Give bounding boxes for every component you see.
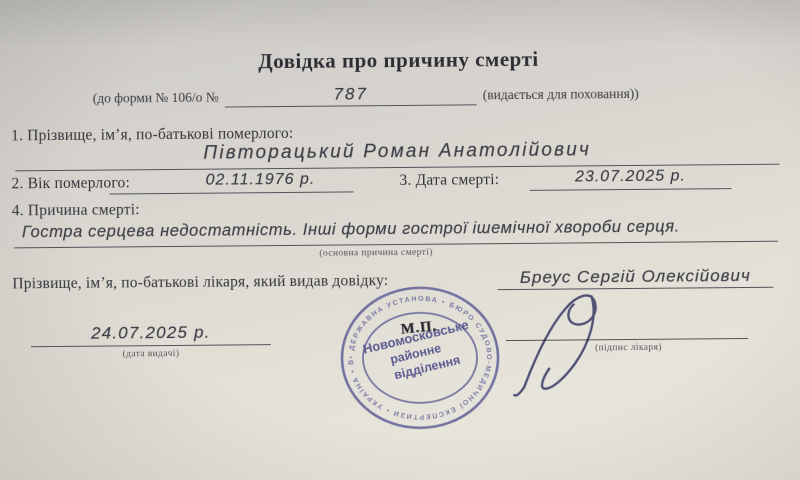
age-field: 02.11.1976 р. (109, 170, 353, 194)
signature-stroke-upper (523, 295, 596, 387)
death-date-label: 3. Дата смерті: (399, 171, 499, 190)
cause-caption: (основна причина смерті) (176, 246, 576, 259)
cause-of-death-field: Гостра серцева недостатність. Інші форми… (14, 217, 778, 249)
issue-date-caption: (дата видачі) (31, 348, 271, 360)
stamp-place-mark: М.П. (400, 318, 438, 338)
document-photo: Довідка про причину смерті (до форми № 1… (0, 0, 800, 480)
form-number-value: 787 (333, 84, 368, 103)
form-prefix-label: (до форми № 106/о № (93, 90, 219, 107)
certificate-sheet: Довідка про причину смерті (до форми № 1… (0, 0, 800, 480)
death-date-value: 23.07.2025 р. (575, 168, 686, 186)
deceased-name-value: Півторацький Роман Анатолійович (203, 139, 591, 163)
issue-date-field: 24.07.2025 р. (31, 322, 271, 347)
age-value: 02.11.1976 р. (206, 171, 316, 189)
form-suffix-label: (видається для поховання)) (483, 86, 639, 103)
signature-stroke-flick (514, 387, 524, 396)
cause-of-death-value: Гостра серцева недостатність. Інші форми… (22, 218, 680, 242)
doctor-signature-icon (503, 278, 679, 410)
form-number-row: (до форми № 106/о № 787 (видається для п… (0, 79, 799, 110)
signature-stroke-tail (541, 296, 594, 388)
issue-date-value: 24.07.2025 р. (91, 323, 211, 343)
document-title: Довідка про причину смерті (0, 45, 799, 77)
death-date-field: 23.07.2025 р. (529, 167, 731, 191)
round-stamp: • ДЕРЖАВНА УСТАНОВА • БЮРО СУДОВО-МЕДИЧН… (330, 276, 509, 440)
cause-of-death-label: 4. Причина смерті: (12, 201, 140, 220)
form-number-field: 787 (225, 83, 477, 107)
